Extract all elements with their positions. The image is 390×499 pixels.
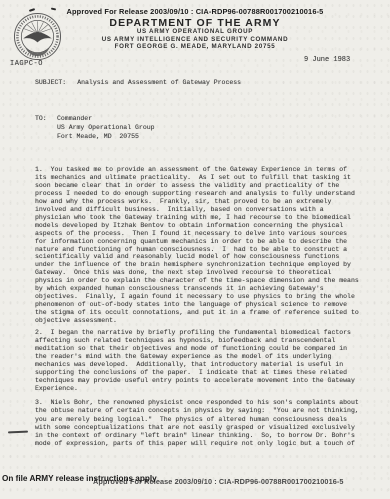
addressee-block: TO: Commander US Army Operational Group … [35,114,155,141]
letterhead-group: US ARMY OPERATIONAL GROUP [0,28,390,35]
subject-text: Analysis and Assessment of Gateway Proce… [77,79,241,86]
paragraph-2: 2. I began the narrative by briefly prof… [35,329,377,393]
margin-dash-mark [8,431,28,434]
letterhead-address: FORT GEORGE G. MEADE, MARYLAND 20755 [0,43,390,50]
paragraph-1: 1. You tasked me to provide an assessmen… [35,166,377,325]
paragraph-3: 3. Niels Bohr, the renowned physicist on… [35,399,377,449]
to-address: Commander US Army Operational Group Fort… [57,114,155,141]
army-release-note: On file ARMY release instructions apply [2,474,157,483]
document-page: Approved For Release 2003/09/10 : CIA-RD… [0,0,390,499]
letterhead-department: DEPARTMENT OF THE ARMY [0,17,390,29]
to-label: TO: [35,114,57,141]
document-date: 9 June 1983 [304,56,350,64]
letterhead-command: US ARMY INTELLIGENCE AND SECURITY COMMAN… [0,36,390,43]
subject-line: SUBJECT:Analysis and Assessment of Gatew… [35,79,241,86]
subject-label: SUBJECT: [35,79,66,86]
office-symbol: IAGPC-O [10,60,43,68]
